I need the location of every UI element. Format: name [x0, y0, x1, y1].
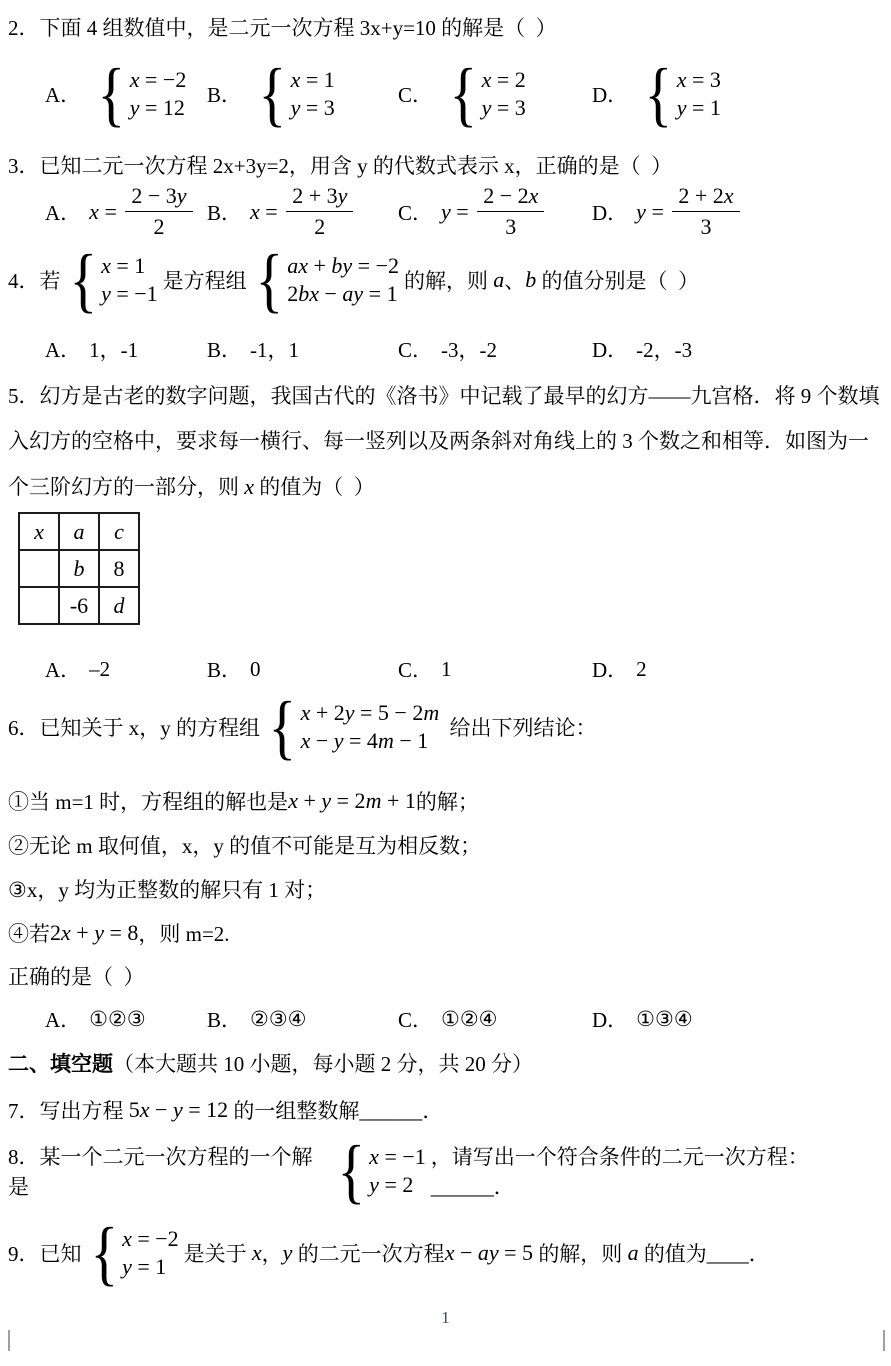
equation-line: x = −2 [122, 1225, 179, 1253]
option-value: -1，1 [250, 334, 299, 364]
option-label: B． [207, 197, 242, 227]
text-run: ，则 m=2. [138, 918, 229, 948]
left-brace-glyph: { [69, 252, 97, 308]
text-run: ①当 m=1 时，方程组的解也是 [8, 786, 288, 816]
question-6-claim-1: ①当 m=1 时，方程组的解也是x + y = 2m + 1的解； [8, 786, 479, 816]
option-label: D． [592, 197, 628, 227]
table-row: b 8 [19, 550, 139, 587]
fraction-denominator: 3 [477, 212, 544, 239]
equation-system: {x = 2y = 3 [446, 66, 526, 122]
table-cell: 8 [99, 550, 139, 587]
equation-system: {x = −1y = 2 [334, 1143, 426, 1199]
math-run: a [493, 267, 504, 293]
fraction: 2 − 3y2 [125, 184, 192, 239]
text-run: -1，1 [250, 334, 299, 364]
text-run: 的解； [416, 786, 479, 816]
math-run: x = [250, 199, 283, 225]
option-value: {x = 1y = 3 [250, 66, 340, 122]
question-6-claim-4: ④若2x + y = 8，则 m=2. [8, 918, 230, 948]
equation-line: y = 1 [122, 1253, 179, 1281]
equation-line: ax + by = −2 [287, 252, 399, 280]
page-margin-mark-left [8, 1330, 10, 1351]
table-row: x a c [19, 513, 139, 550]
left-brace-glyph: { [90, 1225, 118, 1281]
option-value: x = 2 + 3y2 [250, 184, 356, 239]
fraction-denominator: 2 [125, 212, 192, 239]
text-run: ④若 [8, 918, 50, 948]
equation-system: {x = −2y = 12 [94, 66, 186, 122]
fraction-denominator: 2 [286, 212, 353, 239]
table-cell: d [99, 587, 139, 624]
text-run: 2 [636, 657, 647, 682]
option-label: D． [592, 79, 628, 109]
math-run: x = [89, 199, 122, 225]
option-value: y = 2 + 2x3 [636, 184, 742, 239]
text-run: 的二元一次方程 [292, 1238, 444, 1268]
table-cell: b [59, 550, 99, 587]
option-label: A． [45, 1004, 81, 1034]
option-value: x = 2 − 3y2 [89, 184, 195, 239]
option-value: –2 [89, 657, 110, 682]
option-value: {x = 3y = 1 [636, 66, 726, 122]
option-value: {x = −2y = 12 [89, 66, 191, 122]
equation-line: x − y = 4m − 1 [301, 727, 440, 755]
equation-system: {x = 1y = −1 [66, 252, 158, 308]
option-value: ①③④ [636, 1007, 692, 1032]
magic-square-table: x a c b 8 -6 d [18, 512, 140, 625]
question-3-option-c: C． y = 2 − 2x3 [398, 184, 547, 239]
option-label: D． [592, 1004, 628, 1034]
text-run: 3．已知二元一次方程 2x+3y=2，用含 y 的代数式表示 x，正确的是（ ） [8, 150, 672, 180]
text-run: 0 [250, 657, 261, 682]
math-run: 2x + y = 8 [50, 920, 138, 946]
option-label: C． [398, 654, 433, 684]
left-brace-glyph: { [258, 66, 286, 122]
worksheet-page: { "page": { "number": "1" }, "colors": {… [0, 0, 891, 1366]
question-3-option-d: D． y = 2 + 2x3 [592, 184, 743, 239]
text-run: 1 [441, 657, 452, 682]
fraction: 2 − 2x3 [477, 184, 544, 239]
table-cell: c [99, 513, 139, 550]
text-run: ③x，y 均为正整数的解只有 1 对； [8, 874, 326, 904]
option-value: -2，-3 [636, 334, 692, 364]
text-run: 7．写出方程 [8, 1095, 129, 1125]
math-run: y = [636, 199, 669, 225]
fraction-numerator: 2 + 3y [286, 184, 353, 212]
equation-line: x = 2 [482, 66, 526, 94]
equation-system: {x = 1y = 3 [255, 66, 335, 122]
equation-line: x = 3 [677, 66, 721, 94]
left-brace-glyph: { [449, 66, 477, 122]
equation-line: y = 3 [482, 94, 526, 122]
math-run: 5x − y = 12 [129, 1097, 228, 1123]
text-run: 6．已知关于 x，y 的方程组 [8, 712, 260, 742]
option-value: -3，-2 [441, 334, 497, 364]
option-label: C． [398, 197, 433, 227]
option-label: D． [592, 654, 628, 684]
text-run: ①②④ [441, 1007, 497, 1032]
table-cell [19, 587, 59, 624]
question-3-option-b: B． x = 2 + 3y2 [207, 184, 356, 239]
option-value: 1，-1 [89, 334, 138, 364]
question-4-stem: 4．若{x = 1y = −1是方程组{ax + by = −22bx − ay… [8, 252, 699, 308]
question-4-option-c: C． -3，-2 [398, 334, 497, 364]
math-run: y = [441, 199, 474, 225]
question-3-stem: 3．已知二元一次方程 2x+3y=2，用含 y 的代数式表示 x，正确的是（ ） [8, 150, 672, 180]
option-label: A． [45, 79, 81, 109]
text-run: -3，-2 [441, 334, 497, 364]
fraction-denominator: 3 [672, 212, 739, 239]
option-value: ②③④ [250, 1007, 306, 1032]
option-value: {x = 2y = 3 [441, 66, 531, 122]
text-run: 的值为（ ） [254, 475, 375, 499]
option-label: B． [207, 334, 242, 364]
equation-line: y = 2 [369, 1171, 426, 1199]
math-run: x [244, 474, 254, 499]
text-run: ①②③ [89, 1007, 145, 1032]
text-run: 、 [504, 265, 525, 295]
question-6-option-b: B． ②③④ [207, 1004, 307, 1034]
question-6-stem: 6．已知关于 x，y 的方程组{x + 2y = 5 − 2mx − y = 4… [8, 699, 596, 755]
table-cell [19, 550, 59, 587]
math-run: b [525, 267, 536, 293]
option-label: A． [45, 654, 81, 684]
text-run: 8．某一个二元一次方程的一个解是 [8, 1141, 329, 1201]
text-run: ②③④ [250, 1007, 306, 1032]
question-4-option-b: B． -1，1 [207, 334, 299, 364]
equation-line: y = 1 [677, 94, 721, 122]
question-5-stem: 5．幻方是古老的数字问题，我国古代的《洛书》中记载了最早的幻方——九宫格．将 9… [8, 374, 882, 510]
question-4-options-row: A． 1，-1 B． -1，1 C． -3，-2 D． -2，-3 [0, 334, 891, 364]
text-run: 的解，则 [533, 1238, 628, 1268]
option-label: B． [207, 79, 242, 109]
option-label: C． [398, 1004, 433, 1034]
equation-system: {ax + by = −22bx − ay = 1 [252, 252, 399, 308]
equation-line: x = −2 [130, 66, 187, 94]
option-label: C． [398, 79, 433, 109]
text-run: 给出下列结论： [444, 712, 596, 742]
page-margin-mark-right [883, 1330, 885, 1351]
question-2-option-b: B． {x = 1y = 3 [207, 66, 340, 122]
option-label: C． [398, 334, 433, 364]
text-run: ①③④ [636, 1007, 692, 1032]
text-run: ②无论 m 取何值，x，y 的值不可能是互为相反数； [8, 830, 481, 860]
section-2-header: 二、填空题（本大题共 10 小题，每小题 2 分，共 20 分） [8, 1048, 533, 1078]
equation-line: x = −1 [369, 1143, 426, 1171]
equation-line: y = −1 [101, 280, 158, 308]
question-9-stem: 9．已知{x = −2y = 1是关于 x，y 的二元一次方程x − ay = … [8, 1225, 770, 1281]
equation-line: 2bx − ay = 1 [287, 280, 399, 308]
table-cell: -6 [59, 587, 99, 624]
question-3-options-row: A． x = 2 − 3y2 B． x = 2 + 3y2 C． y = 2 −… [0, 184, 891, 254]
text-run: 正确的是（ ） [8, 961, 145, 991]
question-3-option-a: A． x = 2 − 3y2 [45, 184, 196, 239]
fraction-numerator: 2 − 3y [125, 184, 192, 212]
text-run: 是方程组 [163, 265, 247, 295]
question-7-stem: 7．写出方程 5x − y = 12 的一组整数解______． [8, 1095, 443, 1125]
equation-line: y = 12 [130, 94, 187, 122]
fraction: 2 + 2x3 [672, 184, 739, 239]
left-brace-glyph: { [337, 1143, 365, 1199]
text-run: 的解，则 [404, 265, 493, 295]
equation-system: {x = 3y = 1 [641, 66, 721, 122]
left-brace-glyph: { [645, 66, 673, 122]
text-run: 2．下面 4 组数值中，是二元一次方程 3x+y=10 的解是（ ） [8, 12, 557, 42]
text-run: 5．幻方是古老的数字问题，我国古代的《洛书》中记载了最早的幻方——九宫格．将 9… [8, 384, 880, 499]
page-number: 1 [0, 1308, 891, 1328]
text-run: 4．若 [8, 265, 61, 295]
text-run: 是关于 [184, 1238, 252, 1268]
question-5-option-a: A． –2 [45, 654, 110, 684]
equation-system: {x + 2y = 5 − 2mx − y = 4m − 1 [265, 699, 439, 755]
equation-line: x + 2y = 5 − 2m [301, 699, 440, 727]
text-run: -2，-3 [636, 334, 692, 364]
math-run: x [252, 1240, 262, 1266]
section-2-title: 二、填空题 [8, 1048, 113, 1078]
question-6-option-d: D． ①③④ [592, 1004, 693, 1034]
question-6-option-a: A． ①②③ [45, 1004, 146, 1034]
question-2-option-c: C． {x = 2y = 3 [398, 66, 531, 122]
option-value: ①②④ [441, 1007, 497, 1032]
question-5-option-b: B． 0 [207, 654, 261, 684]
question-2-options-row: A． {x = −2y = 12 B． {x = 1y = 3 C． {x = … [0, 66, 891, 136]
fraction-numerator: 2 − 2x [477, 184, 544, 212]
question-4-option-d: D． -2，-3 [592, 334, 692, 364]
table-cell: x [19, 513, 59, 550]
option-label: A． [45, 334, 81, 364]
equation-line: x = 1 [101, 252, 158, 280]
text-run: 9．已知 [8, 1238, 82, 1268]
question-6-claim-2: ②无论 m 取何值，x，y 的值不可能是互为相反数； [8, 830, 481, 860]
fraction-numerator: 2 + 2x [672, 184, 739, 212]
option-label: D． [592, 334, 628, 364]
question-6-options-row: A． ①②③ B． ②③④ C． ①②④ D． ①③④ [0, 1004, 891, 1034]
math-run: y [283, 1240, 293, 1266]
question-2-option-d: D． {x = 3y = 1 [592, 66, 726, 122]
left-brace-glyph: { [98, 66, 126, 122]
option-value: 1 [441, 657, 452, 682]
text-run: 的值分别是（ ） [536, 265, 699, 295]
option-label: B． [207, 654, 242, 684]
left-brace-glyph: { [268, 699, 296, 755]
table-row: -6 d [19, 587, 139, 624]
math-run: a [628, 1240, 639, 1266]
option-value: 0 [250, 657, 261, 682]
text-run: 的值为____． [639, 1238, 770, 1268]
question-6-tail: 正确的是（ ） [8, 961, 145, 991]
question-6-claim-3: ③x，y 均为正整数的解只有 1 对； [8, 874, 326, 904]
option-label: A． [45, 197, 81, 227]
equation-line: y = 3 [291, 94, 335, 122]
math-run: x + y = 2m + 1 [288, 788, 416, 814]
section-2-detail: （本大题共 10 小题，每小题 2 分，共 20 分） [113, 1048, 533, 1078]
equation-line: x = 1 [291, 66, 335, 94]
text-run: 的一组整数解______． [228, 1095, 443, 1125]
text-run: ， [262, 1238, 283, 1268]
table-cell: a [59, 513, 99, 550]
question-4-option-a: A． 1，-1 [45, 334, 138, 364]
question-8-stem: 8．某一个二元一次方程的一个解是{x = −1y = 2，请写出一个符合条件的二… [8, 1141, 891, 1201]
text-run: –2 [89, 657, 110, 682]
fraction: 2 + 3y2 [286, 184, 353, 239]
question-5-options-row: A． –2 B． 0 C． 1 D． 2 [0, 654, 891, 684]
option-value: ①②③ [89, 1007, 145, 1032]
text-run: 1，-1 [89, 334, 138, 364]
left-brace-glyph: { [255, 252, 283, 308]
question-6-option-c: C． ①②④ [398, 1004, 498, 1034]
option-value: y = 2 − 2x3 [441, 184, 547, 239]
question-2-stem: 2．下面 4 组数值中，是二元一次方程 3x+y=10 的解是（ ） [8, 12, 557, 42]
option-label: B． [207, 1004, 242, 1034]
text-run: ，请写出一个符合条件的二元一次方程： ______． [431, 1141, 891, 1201]
math-run: x − ay = 5 [445, 1240, 533, 1266]
option-value: 2 [636, 657, 647, 682]
question-5-option-c: C． 1 [398, 654, 452, 684]
question-5-option-d: D． 2 [592, 654, 647, 684]
question-2-option-a: A． {x = −2y = 12 [45, 66, 191, 122]
equation-system: {x = −2y = 1 [87, 1225, 179, 1281]
